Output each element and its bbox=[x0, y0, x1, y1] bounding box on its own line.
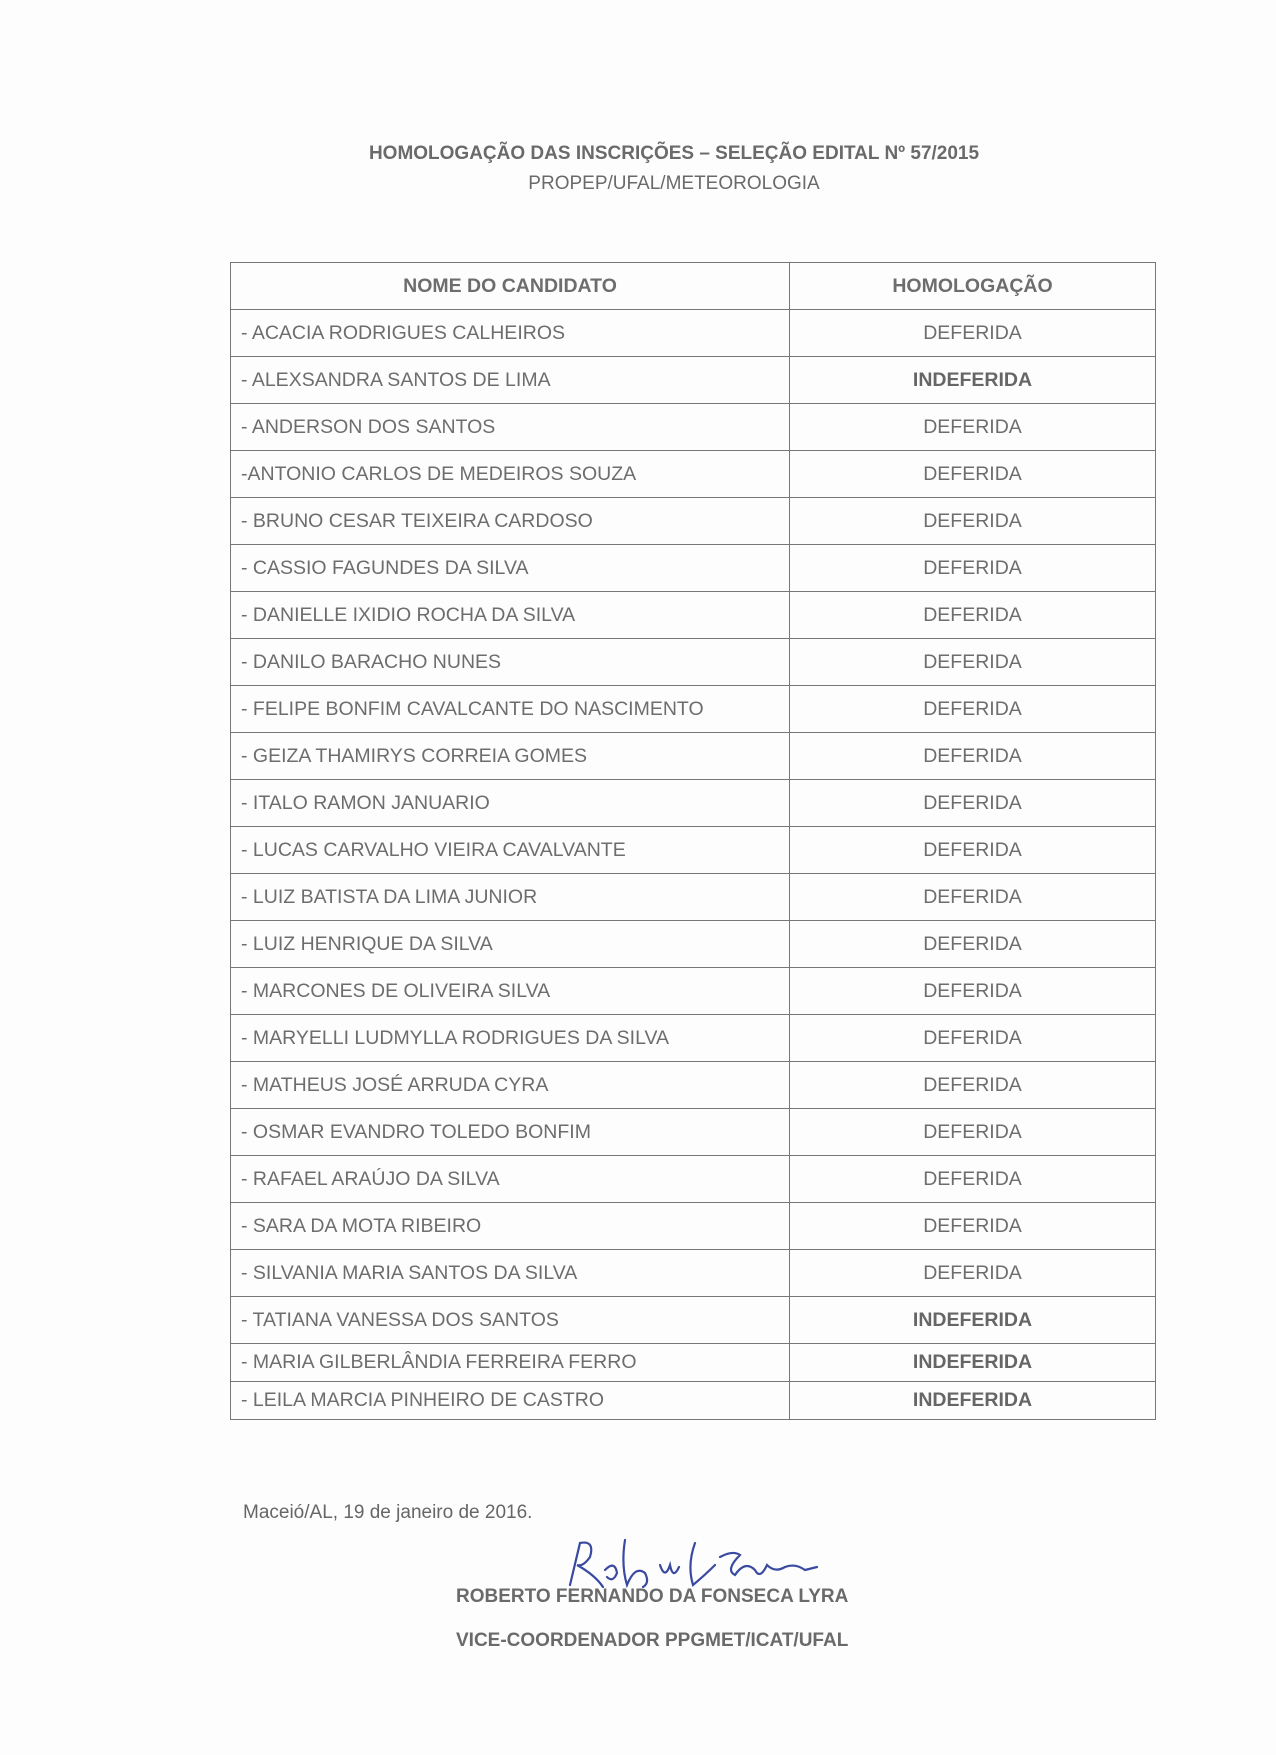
candidate-name: - OSMAR EVANDRO TOLEDO BONFIM bbox=[231, 1109, 790, 1156]
column-header-name: NOME DO CANDIDATO bbox=[231, 263, 790, 310]
homologation-status: DEFERIDA bbox=[790, 310, 1156, 357]
candidate-name: - ALEXSANDRA SANTOS DE LIMA bbox=[231, 357, 790, 404]
table-row: - LEILA MARCIA PINHEIRO DE CASTROINDEFER… bbox=[231, 1382, 1156, 1420]
homologation-status: INDEFERIDA bbox=[790, 357, 1156, 404]
signer-role: VICE-COORDENADOR PPGMET/ICAT/UFAL bbox=[456, 1630, 848, 1652]
candidate-name: - SILVANIA MARIA SANTOS DA SILVA bbox=[231, 1250, 790, 1297]
table-row: - DANIELLE IXIDIO ROCHA DA SILVADEFERIDA bbox=[231, 592, 1156, 639]
homologation-status: DEFERIDA bbox=[790, 1203, 1156, 1250]
homologation-status: DEFERIDA bbox=[790, 451, 1156, 498]
homologation-status: DEFERIDA bbox=[790, 1156, 1156, 1203]
homologation-status: DEFERIDA bbox=[790, 921, 1156, 968]
table-row: - DANILO BARACHO NUNESDEFERIDA bbox=[231, 639, 1156, 686]
table-row: - BRUNO CESAR TEIXEIRA CARDOSODEFERIDA bbox=[231, 498, 1156, 545]
table-row: - ALEXSANDRA SANTOS DE LIMAINDEFERIDA bbox=[231, 357, 1156, 404]
homologation-status: DEFERIDA bbox=[790, 1015, 1156, 1062]
table-row: - OSMAR EVANDRO TOLEDO BONFIMDEFERIDA bbox=[231, 1109, 1156, 1156]
candidate-name: - MARCONES DE OLIVEIRA SILVA bbox=[231, 968, 790, 1015]
table-row: - SARA DA MOTA RIBEIRODEFERIDA bbox=[231, 1203, 1156, 1250]
candidate-name: - SARA DA MOTA RIBEIRO bbox=[231, 1203, 790, 1250]
table-row: - ANDERSON DOS SANTOSDEFERIDA bbox=[231, 404, 1156, 451]
table-row: - RAFAEL ARAÚJO DA SILVADEFERIDA bbox=[231, 1156, 1156, 1203]
table-row: - MARCONES DE OLIVEIRA SILVADEFERIDA bbox=[231, 968, 1156, 1015]
candidate-name: - MARYELLI LUDMYLLA RODRIGUES DA SILVA bbox=[231, 1015, 790, 1062]
candidate-name: - LEILA MARCIA PINHEIRO DE CASTRO bbox=[231, 1382, 790, 1420]
table-row: - LUCAS CARVALHO VIEIRA CAVALVANTEDEFERI… bbox=[231, 827, 1156, 874]
homologation-status: DEFERIDA bbox=[790, 639, 1156, 686]
candidate-name: - FELIPE BONFIM CAVALCANTE DO NASCIMENTO bbox=[231, 686, 790, 733]
candidate-name: - LUIZ BATISTA DA LIMA JUNIOR bbox=[231, 874, 790, 921]
homologation-status: DEFERIDA bbox=[790, 498, 1156, 545]
table-row: - FELIPE BONFIM CAVALCANTE DO NASCIMENTO… bbox=[231, 686, 1156, 733]
document-subtitle: PROPEP/UFAL/METEOROLOGIA bbox=[0, 173, 1276, 195]
candidates-table: NOME DO CANDIDATO HOMOLOGAÇÃO - ACACIA R… bbox=[230, 262, 1156, 1420]
homologation-status: DEFERIDA bbox=[790, 733, 1156, 780]
homologation-status: INDEFERIDA bbox=[790, 1297, 1156, 1344]
table-row: - ACACIA RODRIGUES CALHEIROSDEFERIDA bbox=[231, 310, 1156, 357]
table-header-row: NOME DO CANDIDATO HOMOLOGAÇÃO bbox=[231, 263, 1156, 310]
candidate-name: - ANDERSON DOS SANTOS bbox=[231, 404, 790, 451]
homologation-status: DEFERIDA bbox=[790, 874, 1156, 921]
homologation-status: DEFERIDA bbox=[790, 686, 1156, 733]
candidate-name: - TATIANA VANESSA DOS SANTOS bbox=[231, 1297, 790, 1344]
table-row: -ANTONIO CARLOS DE MEDEIROS SOUZADEFERID… bbox=[231, 451, 1156, 498]
homologation-status: DEFERIDA bbox=[790, 545, 1156, 592]
homologation-status: DEFERIDA bbox=[790, 1109, 1156, 1156]
homologation-status: DEFERIDA bbox=[790, 827, 1156, 874]
candidate-name: - ITALO RAMON JANUARIO bbox=[231, 780, 790, 827]
candidate-name: - DANIELLE IXIDIO ROCHA DA SILVA bbox=[231, 592, 790, 639]
candidate-name: - ACACIA RODRIGUES CALHEIROS bbox=[231, 310, 790, 357]
table-row: - ITALO RAMON JANUARIODEFERIDA bbox=[231, 780, 1156, 827]
table-row: - LUIZ HENRIQUE DA SILVADEFERIDA bbox=[231, 921, 1156, 968]
candidate-name: - MATHEUS JOSÉ ARRUDA CYRA bbox=[231, 1062, 790, 1109]
homologation-status: DEFERIDA bbox=[790, 1250, 1156, 1297]
candidate-name: - MARIA GILBERLÂNDIA FERREIRA FERRO bbox=[231, 1344, 790, 1382]
candidate-name: -ANTONIO CARLOS DE MEDEIROS SOUZA bbox=[231, 451, 790, 498]
table-row: - SILVANIA MARIA SANTOS DA SILVADEFERIDA bbox=[231, 1250, 1156, 1297]
homologation-status: INDEFERIDA bbox=[790, 1344, 1156, 1382]
table-row: - MATHEUS JOSÉ ARRUDA CYRADEFERIDA bbox=[231, 1062, 1156, 1109]
candidate-name: - DANILO BARACHO NUNES bbox=[231, 639, 790, 686]
column-header-status: HOMOLOGAÇÃO bbox=[790, 263, 1156, 310]
document-title: HOMOLOGAÇÃO DAS INSCRIÇÕES – SELEÇÃO EDI… bbox=[0, 143, 1276, 165]
table-row: - TATIANA VANESSA DOS SANTOSINDEFERIDA bbox=[231, 1297, 1156, 1344]
candidate-name: - LUCAS CARVALHO VIEIRA CAVALVANTE bbox=[231, 827, 790, 874]
signer-name: ROBERTO FERNANDO DA FONSECA LYRA bbox=[456, 1586, 848, 1608]
homologation-status: DEFERIDA bbox=[790, 1062, 1156, 1109]
table-row: - CASSIO FAGUNDES DA SILVADEFERIDA bbox=[231, 545, 1156, 592]
candidate-name: - LUIZ HENRIQUE DA SILVA bbox=[231, 921, 790, 968]
candidate-name: - CASSIO FAGUNDES DA SILVA bbox=[231, 545, 790, 592]
table-row: - LUIZ BATISTA DA LIMA JUNIORDEFERIDA bbox=[231, 874, 1156, 921]
candidate-name: - GEIZA THAMIRYS CORREIA GOMES bbox=[231, 733, 790, 780]
homologation-status: INDEFERIDA bbox=[790, 1382, 1156, 1420]
homologation-status: DEFERIDA bbox=[790, 968, 1156, 1015]
homologation-status: DEFERIDA bbox=[790, 404, 1156, 451]
table-row: - GEIZA THAMIRYS CORREIA GOMESDEFERIDA bbox=[231, 733, 1156, 780]
candidate-name: - BRUNO CESAR TEIXEIRA CARDOSO bbox=[231, 498, 790, 545]
table-row: - MARYELLI LUDMYLLA RODRIGUES DA SILVADE… bbox=[231, 1015, 1156, 1062]
homologation-status: DEFERIDA bbox=[790, 780, 1156, 827]
date-line: Maceió/AL, 19 de janeiro de 2016. bbox=[243, 1502, 532, 1524]
homologation-status: DEFERIDA bbox=[790, 592, 1156, 639]
candidate-name: - RAFAEL ARAÚJO DA SILVA bbox=[231, 1156, 790, 1203]
table-row: - MARIA GILBERLÂNDIA FERREIRA FERROINDEF… bbox=[231, 1344, 1156, 1382]
